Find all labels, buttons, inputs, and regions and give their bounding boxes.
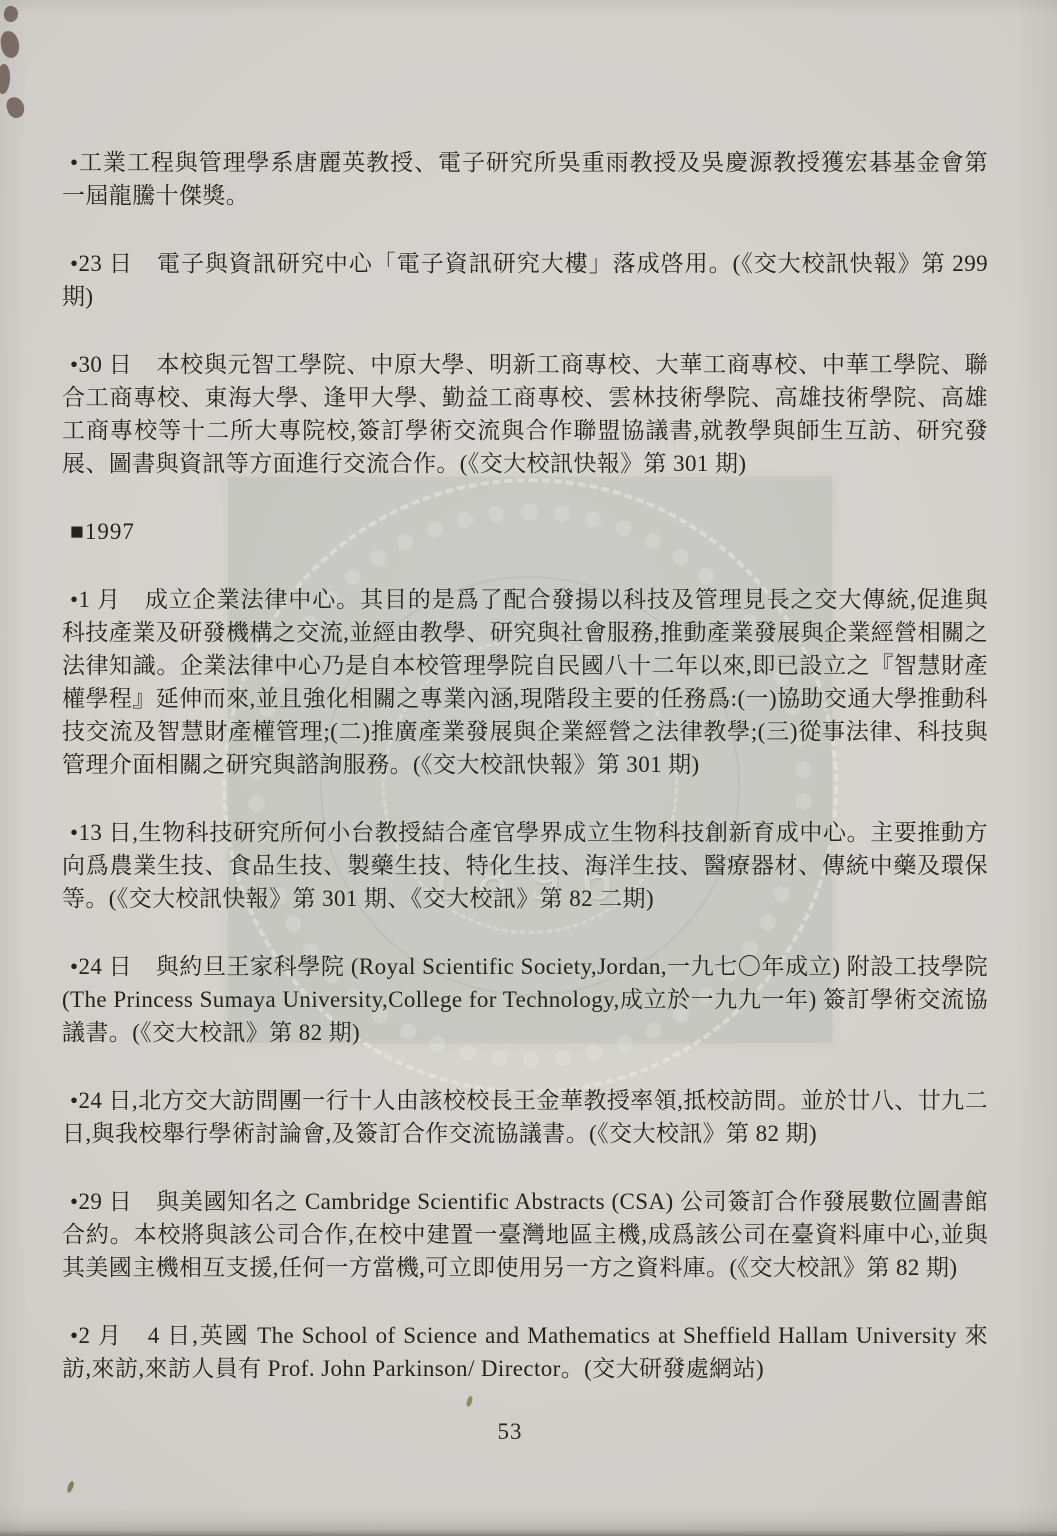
- ink-smudge: [5, 95, 27, 120]
- chronicle-entry: •1 月 成立企業法律中心。其目的是爲了配合發揚以科技及管理見長之交大傳統,促進…: [62, 583, 988, 781]
- ink-smudge: [0, 30, 21, 59]
- chronicle-entry: •24 日,北方交大訪問團一行十人由該校校長王金華教授率領,抵校訪問。並於廿八、…: [62, 1084, 988, 1150]
- ink-smudge: [0, 63, 11, 94]
- chronicle-entry: •24 日 與約旦王家科學院 (Royal Scientific Society…: [62, 950, 988, 1049]
- chronicle-entry: •工業工程與管理學系唐麗英教授、電子研究所吳重雨教授及吳慶源教授獲宏碁基金會第一…: [62, 146, 988, 212]
- chronicle-entry: •29 日 與美國知名之 Cambridge Scientific Abstra…: [62, 1185, 988, 1284]
- chronicle-entry: •30 日 本校與元智工學院、中原大學、明新工商專校、大華工商專校、中華工學院、…: [62, 348, 988, 480]
- chronicle-text-block: •工業工程與管理學系唐麗英教授、電子研究所吳重雨教授及吳慶源教授獲宏碁基金會第一…: [62, 146, 988, 1420]
- ink-smudge: [2, 5, 19, 24]
- chronicle-entry: •13 日,生物科技研究所何小台教授結合產官學界成立生物科技創新育成中心。主要推…: [62, 816, 988, 915]
- page-number: 53: [430, 1419, 590, 1445]
- paper-speck: [66, 1481, 74, 1494]
- chronicle-entry: •23 日 電子與資訊研究中心「電子資訊研究大樓」落成啓用。(《交大校訊快報》第…: [62, 247, 988, 313]
- year-header: ■1997: [70, 515, 988, 548]
- scanned-document-page: 1896 •工業工程與管理學系唐麗英教授、電子研究所吳重雨教授及吳慶源教授獲宏碁…: [0, 0, 1057, 1536]
- chronicle-entry: •2 月 4 日,英國 The School of Science and Ma…: [62, 1319, 988, 1385]
